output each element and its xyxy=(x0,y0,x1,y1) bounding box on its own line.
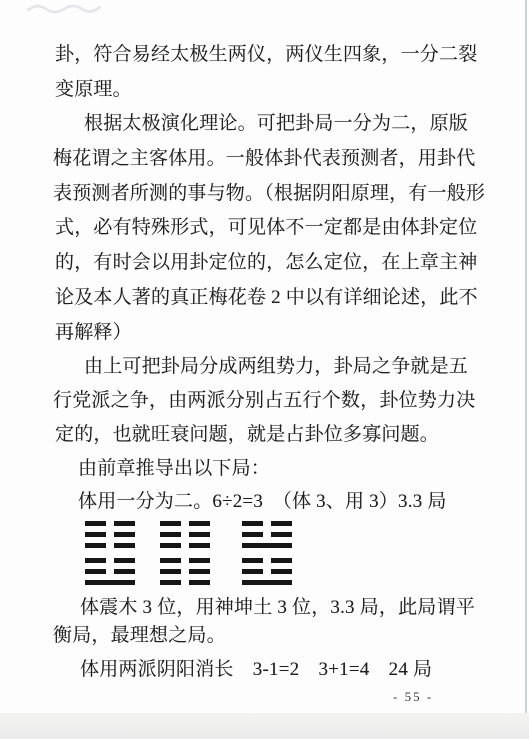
text-line: 的，有时会以用卦定位的，怎么定位，在上章主神 xyxy=(55,251,477,274)
broken-yao-line xyxy=(160,521,210,526)
broken-yao-line xyxy=(242,569,292,574)
text-line: 根据太极演化理论。可把卦局一分为二，原版 xyxy=(84,112,468,135)
solid-yao-line xyxy=(242,580,292,585)
formula-line: 体用一分为二。6÷2=3 （体 3、用 3）3.3 局 xyxy=(78,490,447,513)
scan-page-edge-line xyxy=(525,0,527,739)
text-line: 变原理。 xyxy=(55,78,132,101)
text-line: 衡局，最理想之局。 xyxy=(53,624,226,647)
text-line: 论及本人著的真正梅花卷 2 中以有详细论述，此不 xyxy=(55,286,478,309)
text-line: 由前章推导出以下局： xyxy=(78,457,270,480)
text-line: 表预测者所测的事与物。（根据阴阳原理，有一般形 xyxy=(53,182,485,205)
broken-yao-line xyxy=(242,532,292,537)
hexagram-fu-return xyxy=(85,521,135,585)
solid-yao-line xyxy=(85,580,135,585)
broken-yao-line xyxy=(85,532,135,537)
formula-line: 体用两派阴阳消长 3-1=2 3+1=4 24 局 xyxy=(80,658,432,681)
broken-yao-line xyxy=(160,558,210,563)
text-line: 式，必有特殊形式，可见体不一定都是由体卦定位 xyxy=(55,216,477,239)
broken-yao-line xyxy=(85,521,135,526)
broken-yao-line xyxy=(160,580,210,585)
broken-yao-line xyxy=(85,558,135,563)
text-line: 梅花谓之主客体用。一般体卦代表预测者，用卦代 xyxy=(53,147,475,170)
text-line: 行党派之争，由两派分别占五行个数，卦位势力决 xyxy=(53,389,475,412)
broken-yao-line xyxy=(242,558,292,563)
text-line: 体震木 3 位，用神坤土 3 位，3.3 局，此局谓平 xyxy=(80,596,475,619)
hexagram-kun-earth xyxy=(160,521,210,585)
page-number: - 55 - xyxy=(393,689,433,705)
broken-yao-line xyxy=(85,569,135,574)
scan-bottom-shadow-band xyxy=(0,713,529,739)
broken-yao-line xyxy=(160,543,210,548)
broken-yao-line xyxy=(160,569,210,574)
text-line: 由上可把卦局分成两组势力，卦局之争就是五 xyxy=(84,355,468,378)
text-line: 卦，符合易经太极生两仪，两仪生四象，一分二裂 xyxy=(55,43,477,66)
broken-yao-line xyxy=(85,543,135,548)
scanned-book-page: 卦，符合易经太极生两仪，两仪生四象，一分二裂 变原理。 根据太极演化理论。可把卦… xyxy=(0,0,529,739)
broken-yao-line xyxy=(160,532,210,537)
text-line: 再解释） xyxy=(55,321,132,344)
broken-yao-line xyxy=(242,521,292,526)
hexagram-zhen-thunder xyxy=(242,521,292,585)
text-line: 定的，也就旺衰问题，就是占卦位多寡问题。 xyxy=(55,423,439,446)
solid-yao-line xyxy=(242,543,292,548)
scan-smudge xyxy=(26,1,104,15)
